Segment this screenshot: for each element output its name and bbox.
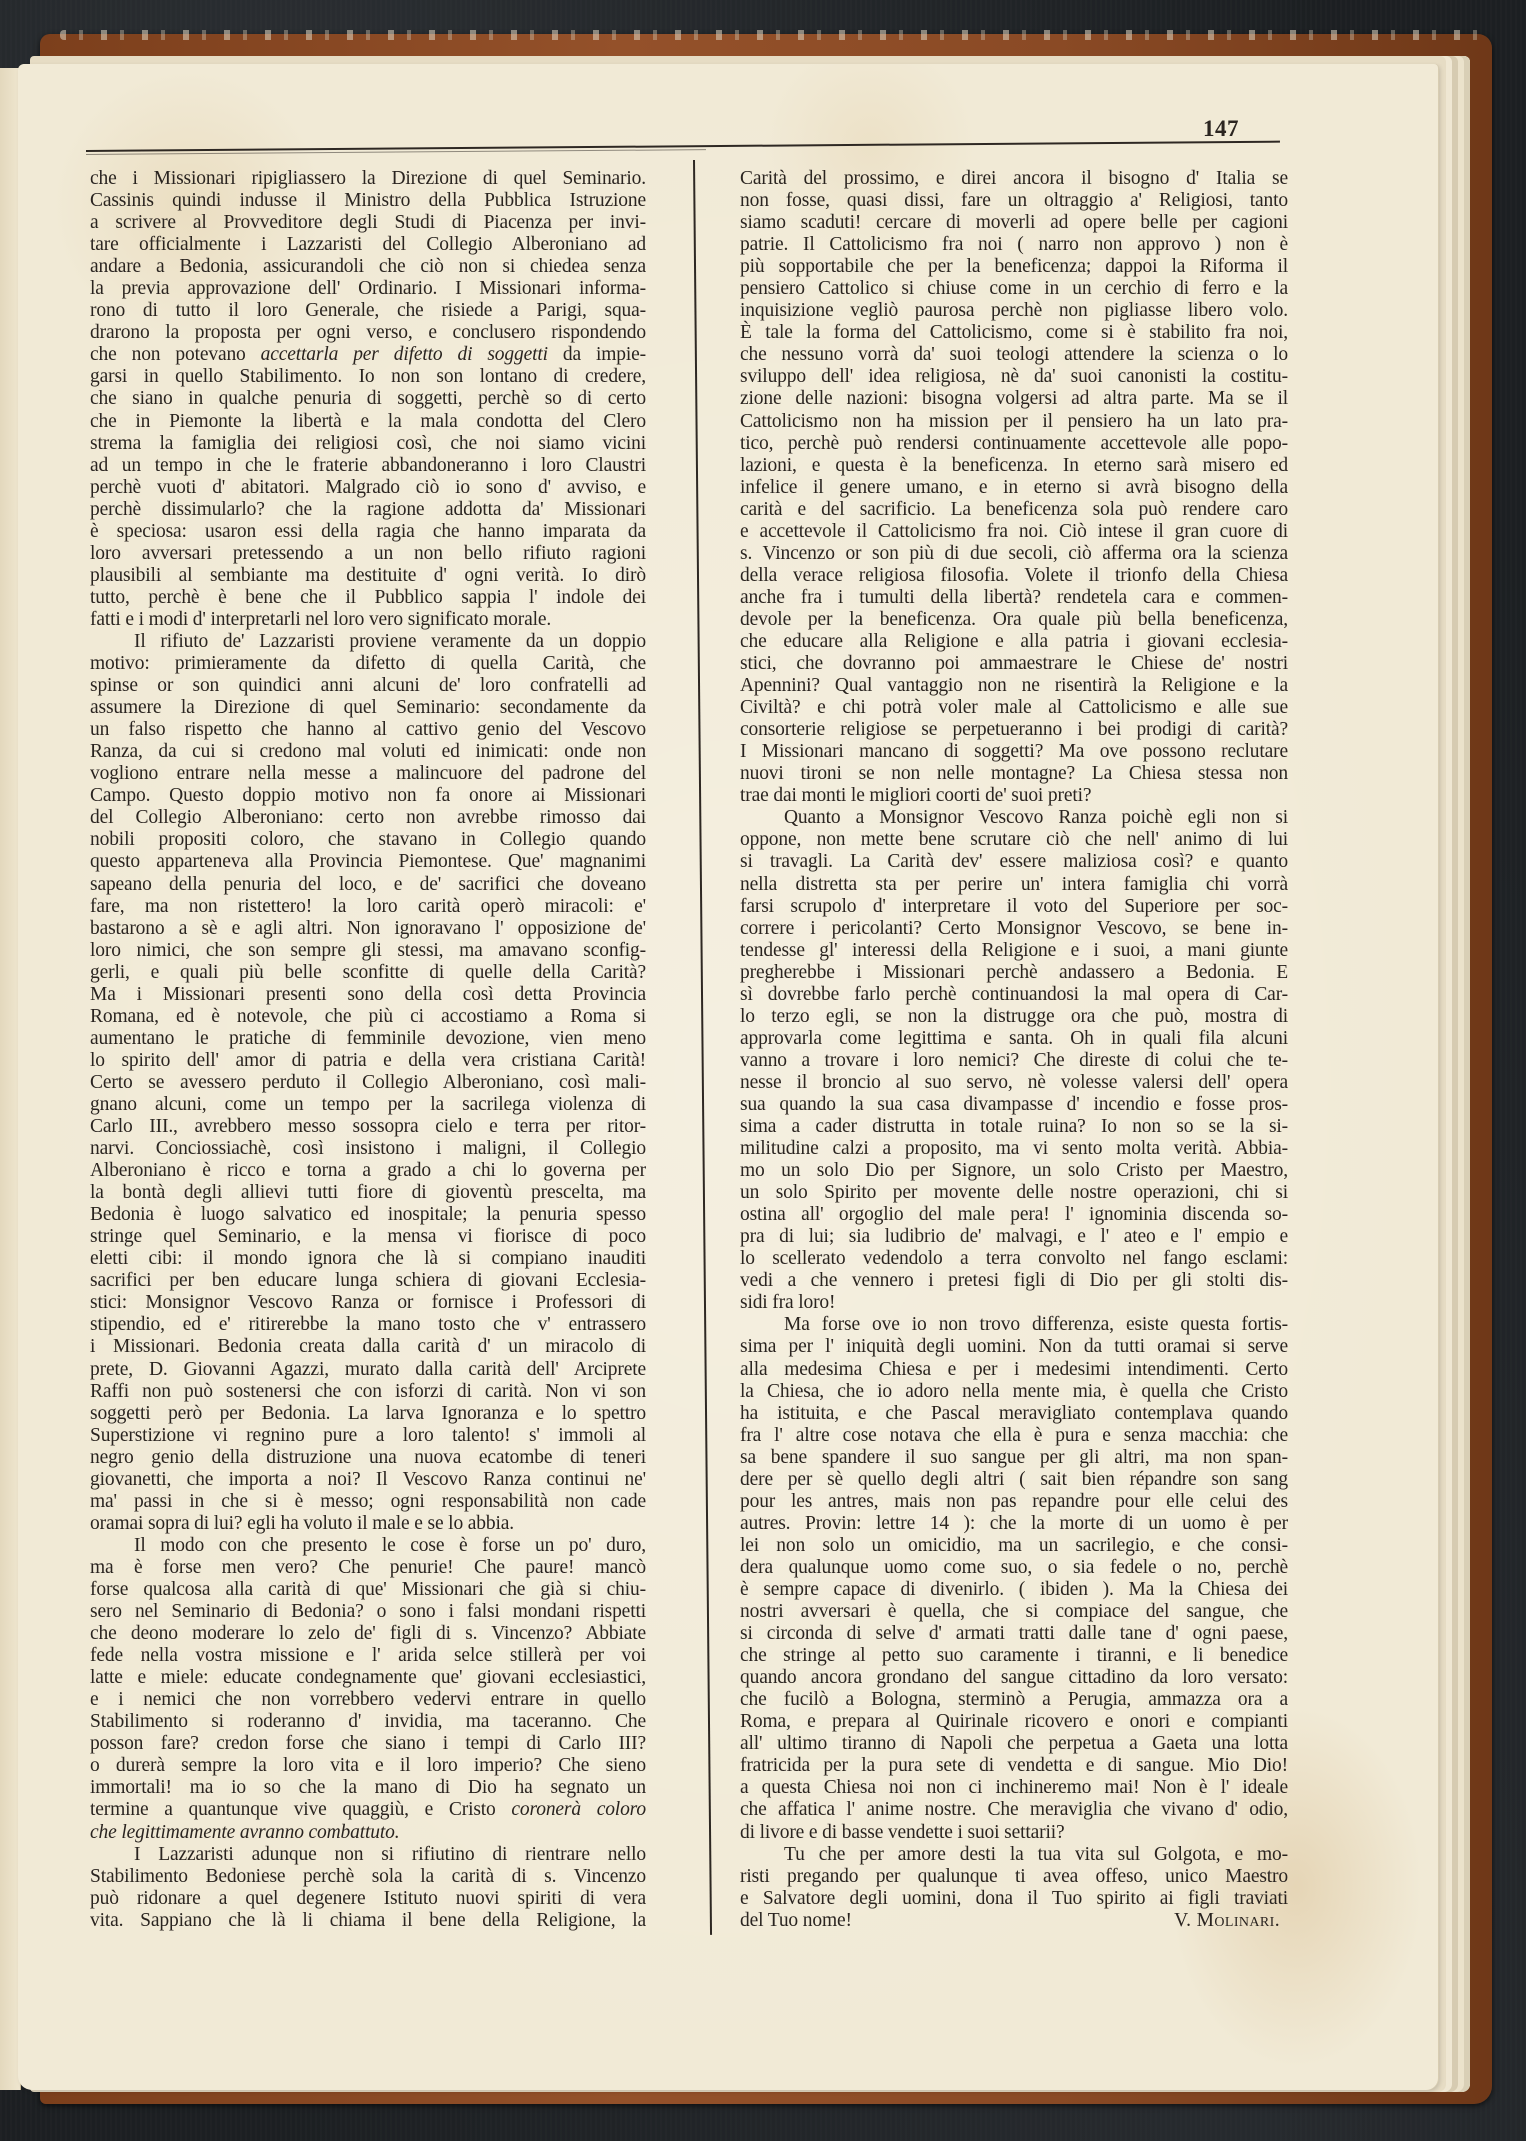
- text-line: sima per l' iniquità degli uomini. Non d…: [740, 1336, 1288, 1358]
- text-line: rono di tutto il loro Generale, che risi…: [90, 300, 646, 322]
- text-line: che in Piemonte la libertà e la mala con…: [90, 411, 646, 433]
- text-line: Carlo III., avrebbero messo sossopra cie…: [90, 1116, 646, 1138]
- text-line: approvarla come legittima e santa. Oh in…: [740, 1028, 1288, 1050]
- text-line: di livore e di basse vendette i suoi set…: [740, 1822, 1288, 1844]
- text-line: anche fra i tumulti della libertà? rende…: [740, 587, 1288, 609]
- text-line: all' ultimo tiranno di Napoli che perpet…: [740, 1733, 1288, 1755]
- text-line: che non potevano accettarla per difetto …: [90, 344, 646, 366]
- text-line: eletti cibi: il mondo ignora che là si c…: [90, 1248, 646, 1270]
- text-line: motivo: primieramente da difetto di quel…: [90, 653, 646, 675]
- text-line: tendesse gl' interessi della Religione e…: [740, 940, 1288, 962]
- text-line: sacrifici per ben educare lunga schiera …: [90, 1270, 646, 1292]
- text-line: I Missionari mancano di soggetti? Ma ove…: [740, 741, 1288, 763]
- text-line: sua quando la sua casa divampasse d' inc…: [740, 1094, 1288, 1116]
- text-line: fra l' altre cose notava che ella è pura…: [740, 1425, 1288, 1447]
- text-line: fatti e i modi d' interpretarli nel loro…: [90, 609, 646, 631]
- text-line: la Chiesa, che io adoro nella mente mia,…: [740, 1381, 1288, 1403]
- text-line: stringe quel Seminario, e la mensa vi fi…: [90, 1226, 646, 1248]
- text-line: loro avversari pretessendo a un non bell…: [90, 543, 646, 565]
- text-line: lazioni, e questa è la beneficenza. In e…: [740, 455, 1288, 477]
- italic-text: accettarla per difetto di soggetti: [261, 344, 548, 365]
- text-line: infelice il genere umano, e in eterno si…: [740, 477, 1288, 499]
- text-line: bastarono a sè e agli altri. Non ignorav…: [90, 918, 646, 940]
- left-column-text: che i Missionari ripigliassero la Direzi…: [90, 168, 646, 1932]
- text-line: s. Vincenzo or son più di due secoli, ci…: [740, 543, 1288, 565]
- text-line: Romana, ed è notevole, che più ci accost…: [90, 1006, 646, 1028]
- text-line: gnano alcuni, come un tempo per la sacri…: [90, 1094, 646, 1116]
- text-line: carità e del sacrificio. La beneficenza …: [740, 499, 1288, 521]
- text-line: narvi. Conciossiachè, così insistono i m…: [90, 1138, 646, 1160]
- text-line: vogliono entrare nella messe a malincuor…: [90, 763, 646, 785]
- text-line: che affatica l' anime nostre. Che meravi…: [740, 1799, 1288, 1821]
- text-line: Carità del prossimo, e direi ancora il b…: [740, 168, 1288, 190]
- text-line: sidi fra loro!: [740, 1292, 1288, 1314]
- text-line: devole per la beneficenza. Ora quale più…: [740, 609, 1288, 631]
- text-line: Il modo con che presento le cose è forse…: [90, 1535, 646, 1557]
- text-line: farsi scrupolo d' interpretare il voto d…: [740, 896, 1288, 918]
- text-line: Certo se avessero perduto il Collegio Al…: [90, 1072, 646, 1094]
- text-line: gerli, e quali più belle sconfitte di qu…: [90, 962, 646, 984]
- text-line: più sopportabile che per la beneficenza;…: [740, 256, 1288, 278]
- text-line: la previa approvazione dell' Ordinario. …: [90, 278, 646, 300]
- text-line: ostina all' orgoglio del male pera! l' i…: [740, 1204, 1288, 1226]
- text-line: nesse il broncio al suo servo, nè voless…: [740, 1072, 1288, 1094]
- text-line: pregherebbe i Missionari perchè andasser…: [740, 962, 1288, 984]
- text-segment: che non potevano: [90, 344, 261, 365]
- text-line: spinse or son quindici anni alcuni de' l…: [90, 675, 646, 697]
- text-line: e Salvatore degli uomini, dona il Tuo sp…: [740, 1888, 1288, 1910]
- text-line: del Tuo nome!V. Molinari.: [740, 1910, 1288, 1932]
- text-line: che educare alla Religione e alla patria…: [740, 631, 1288, 653]
- text-line: del Collegio Alberoniano: certo non avre…: [90, 807, 646, 829]
- text-line: che i Missionari ripigliassero la Direzi…: [90, 168, 646, 190]
- text-line: alla medesima Chiesa e per i medesimi in…: [740, 1359, 1288, 1381]
- text-line: Stabilimento Bedoniese perchè sola la ca…: [90, 1866, 646, 1888]
- text-line: perchè dissimularlo? che la ragione addo…: [90, 499, 646, 521]
- italic-text: coronerà coloro: [511, 1799, 646, 1820]
- text-line: lo scellerato vedendolo a terra convolto…: [740, 1248, 1288, 1270]
- text-line: stici: Monsignor Vescovo Ranza or fornis…: [90, 1292, 646, 1314]
- text-line: lo terzo egli, se non la distrugge ora c…: [740, 1006, 1288, 1028]
- text-line: oppone, non mette bene scrutare ciò che …: [740, 829, 1288, 851]
- text-line: fare, ma non ristettero! la loro carità …: [90, 896, 646, 918]
- text-line: nuovi tironi se non nelle montagne? La C…: [740, 763, 1288, 785]
- text-line: forse qualcosa alla carità di que' Missi…: [90, 1579, 646, 1601]
- text-line: sapeano della penuria del loco, e de' sa…: [90, 874, 646, 896]
- text-line: soggetti però per Bedonia. La larva Igno…: [90, 1403, 646, 1425]
- text-line: che deono moderare lo zelo de' figli di …: [90, 1623, 646, 1645]
- text-line: andare a Bedonia, assicurandoli che ciò …: [90, 256, 646, 278]
- text-line: dere per sè quello degli altri ( sait bi…: [740, 1469, 1288, 1491]
- text-line: quando ancora grondano del sangue cittad…: [740, 1667, 1288, 1689]
- text-line: Cassinis quindi indusse il Ministro dell…: [90, 190, 646, 212]
- text-line: nobili propositi coloro, che stavano in …: [90, 829, 646, 851]
- text-line: risti pregando per qualunque ti avea off…: [740, 1866, 1288, 1888]
- text-line: Alberoniano è ricco e torna a grado a ch…: [90, 1160, 646, 1182]
- text-line: un solo Spirito per movente delle nostre…: [740, 1182, 1288, 1204]
- text-line: che nessuno vorrà da' suoi teologi atten…: [740, 344, 1288, 366]
- text-line: Stabilimento si roderanno d' invidia, ma…: [90, 1711, 646, 1733]
- text-line: Ranza, da cui si credono mal voluti ed i…: [90, 741, 646, 763]
- text-line: a questa Chiesa noi non ci inchineremo m…: [740, 1777, 1288, 1799]
- text-line: mo un solo Dio per Signore, un solo Cris…: [740, 1160, 1288, 1182]
- text-line: pensiero Cattolico si chiuse come in un …: [740, 278, 1288, 300]
- text-line: può ridonare a quel degenere Istituto nu…: [90, 1888, 646, 1910]
- text-line: Superstizione vi regnino pure a loro tal…: [90, 1425, 646, 1447]
- text-line: Il rifiuto de' Lazzaristi proviene veram…: [90, 631, 646, 653]
- text-line: tico, perchè può rendersi continuamente …: [740, 433, 1288, 455]
- text-line: Civiltà? e chi potrà voler male al Catto…: [740, 697, 1288, 719]
- text-line: siamo scaduti! cercare di moverli ad ope…: [740, 212, 1288, 234]
- text-line: strema la famiglia dei religiosi così, c…: [90, 433, 646, 455]
- text-line: Roma, e prepara al Quirinale ricovero e …: [740, 1711, 1288, 1733]
- text-line: i Missionari. Bedonia creata dalla carit…: [90, 1336, 646, 1358]
- text-line: aumentano le pratiche di femminile devoz…: [90, 1028, 646, 1050]
- italic-text: che legittimamente avranno combattuto.: [90, 1822, 399, 1843]
- text-line: vedi a che vennero i pretesi figli di Di…: [740, 1270, 1288, 1292]
- text-line: si travagli. La Carità dev' essere maliz…: [740, 851, 1288, 873]
- text-line: plausibili al sembiante ma destituite d'…: [90, 565, 646, 587]
- text-line: nostri avversari è quella, che si compia…: [740, 1601, 1288, 1623]
- text-line: trae dai monti le migliori coorti de' su…: [740, 785, 1288, 807]
- text-line: è sempre capace di divenirlo. ( ibiden )…: [740, 1579, 1288, 1601]
- text-line: giovanetti, che importa a noi? Il Vescov…: [90, 1469, 646, 1491]
- text-line: fede nella vostra missione e l' arida se…: [90, 1645, 646, 1667]
- text-line: questo apparteneva alla Provincia Piemon…: [90, 851, 646, 873]
- text-line: è speciosa: usaron essi della ragia che …: [90, 521, 646, 543]
- text-line: lei non solo un omicidio, ma un sacrileg…: [740, 1535, 1288, 1557]
- text-line: correre i pericolanti? Certo Monsignor V…: [740, 918, 1288, 940]
- text-line: che legittimamente avranno combattuto.: [90, 1822, 646, 1844]
- text-line: patrie. Il Cattolicismo fra noi ( narro …: [740, 234, 1288, 256]
- text-line: non fosse, quasi dissi, fare un oltraggi…: [740, 190, 1288, 212]
- text-line: che stringe al petto suo caramente i tir…: [740, 1645, 1288, 1667]
- text-line: un falso rispetto che hanno al cattivo g…: [90, 719, 646, 741]
- text-line: ma è forse men vero? Che penurie! Che pa…: [90, 1557, 646, 1579]
- text-line: stici, che dovranno poi ammaestrare le C…: [740, 653, 1288, 675]
- author-signature: V. Molinari.: [1174, 1910, 1280, 1932]
- page-number: 147: [1196, 116, 1246, 142]
- text-line: ad un tempo in che le fraterie abbandone…: [90, 455, 646, 477]
- text-line: e accettevole il Cattolicismo fra noi. C…: [740, 521, 1288, 543]
- text-line: nella distretta sta per perire un' inter…: [740, 874, 1288, 896]
- text-line: si circonda di selve d' armati tratti da…: [740, 1623, 1288, 1645]
- text-line: sero nel Seminario di Bedonia? o sono i …: [90, 1601, 646, 1623]
- text-line: I Lazzaristi adunque non si rifiutino di…: [90, 1844, 646, 1866]
- text-line: ha istituita, e che Pascal meravigliato …: [740, 1403, 1288, 1425]
- text-line: Campo. Questo doppio motivo non fa onore…: [90, 785, 646, 807]
- text-line: latte e miele: educate condegnamente que…: [90, 1667, 646, 1689]
- text-line: termine a quantunque vive quaggiù, e Cri…: [90, 1799, 646, 1821]
- text-line: che siano in qualche penuria di soggetti…: [90, 388, 646, 410]
- text-line: Quanto a Monsignor Vescovo Ranza poichè …: [740, 807, 1288, 829]
- right-column-text: Carità del prossimo, e direi ancora il b…: [740, 168, 1288, 1932]
- text-segment: da impie-: [548, 344, 646, 365]
- text-line: ma' passi in che si è messo; ogni respon…: [90, 1491, 646, 1513]
- text-segment: del Tuo nome!: [740, 1910, 852, 1931]
- text-line: prete, D. Giovanni Agazzi, murato dalla …: [90, 1359, 646, 1381]
- text-line: vanno a trovare i loro nemici? Che dires…: [740, 1050, 1288, 1072]
- text-line: Ma forse ove io non trovo differenza, es…: [740, 1314, 1288, 1336]
- text-line: assumere la Direzione di quel Seminario:…: [90, 697, 646, 719]
- text-line: negro genio della distruzione una nuova …: [90, 1447, 646, 1469]
- text-line: militudine calzi a proposito, ma vi sent…: [740, 1138, 1288, 1160]
- text-line: posson fare? credon forse che siano i te…: [90, 1733, 646, 1755]
- text-line: loro nimici, che son sempre gli stessi, …: [90, 940, 646, 962]
- text-line: Tu che per amore desti la tua vita sul G…: [740, 1844, 1288, 1866]
- text-line: pra di lui; sia ludibrio de' malvagi, e …: [740, 1226, 1288, 1248]
- text-line: Apennini? Qual vantaggio non ne risentir…: [740, 675, 1288, 697]
- text-segment: termine a quantunque vive quaggiù, e Cri…: [90, 1799, 511, 1820]
- text-line: consorterie religiose se perpetueranno i…: [740, 719, 1288, 741]
- text-line: sa bene spandere il suo sangue per gli a…: [740, 1447, 1288, 1469]
- text-line: tare officialmente i Lazzaristi del Coll…: [90, 234, 646, 256]
- text-line: la bontà degli allievi tutti fiore di gi…: [90, 1182, 646, 1204]
- text-line: sì dovrebbe farlo perchè continuandosi l…: [740, 984, 1288, 1006]
- text-line: lo spirito dell' amor di patria e della …: [90, 1050, 646, 1072]
- text-line: garsi in quello Stabilimento. Io non son…: [90, 366, 646, 388]
- text-line: vita. Sappiano che là li chiama il bene …: [90, 1910, 646, 1932]
- text-line: inquisizione vegliò paurosa perchè non p…: [740, 300, 1288, 322]
- text-line: Cattolicismo non ha mission per il pensi…: [740, 411, 1288, 433]
- text-line: oramai sopra di lui? egli ha voluto il m…: [90, 1513, 646, 1535]
- text-line: stipendio, ed e' ritirerebbe la mano tos…: [90, 1314, 646, 1336]
- text-line: o durerà sempre la loro vita e il loro i…: [90, 1755, 646, 1777]
- text-line: sviluppo dell' idea religiosa, nè da' su…: [740, 366, 1288, 388]
- text-line: tutto, perchè è bene che il Pubblico sap…: [90, 587, 646, 609]
- text-line: Ma i Missionari presenti sono della così…: [90, 984, 646, 1006]
- text-line: che fucilò a Bologna, sterminò a Perugia…: [740, 1689, 1288, 1711]
- text-line: Bedonia è luogo salvatico ed inospitale;…: [90, 1204, 646, 1226]
- text-line: Raffi non può sostenersi che con isforzi…: [90, 1381, 646, 1403]
- text-line: perchè vuoti d' abitatori. Malgrado ciò …: [90, 477, 646, 499]
- text-line: pour les antres, mais non pas repandre p…: [740, 1491, 1288, 1513]
- text-line: fratricida per la pura sete di vendetta …: [740, 1755, 1288, 1777]
- text-line: zione delle nazioni: bisogna volgersi ad…: [740, 388, 1288, 410]
- book-cover-frayed-edge: [60, 30, 1480, 40]
- text-line: immortali! ma io so che la mano di Dio h…: [90, 1777, 646, 1799]
- text-line: drarono la proposta per ogni verso, e co…: [90, 322, 646, 344]
- text-line: È tale la forma del Cattolicismo, come s…: [740, 322, 1288, 344]
- text-line: e i nemici che non vorrebbero vedervi en…: [90, 1689, 646, 1711]
- text-line: della verace religiosa filosofia. Volete…: [740, 565, 1288, 587]
- text-line: autres. Provin: lettre 14 ): che la mort…: [740, 1513, 1288, 1535]
- text-line: dera qualunque uomo come suo, o sia fede…: [740, 1557, 1288, 1579]
- text-line: a scrivere al Provveditore degli Studi d…: [90, 212, 646, 234]
- text-line: sima a cader distrutta in totale ruina? …: [740, 1116, 1288, 1138]
